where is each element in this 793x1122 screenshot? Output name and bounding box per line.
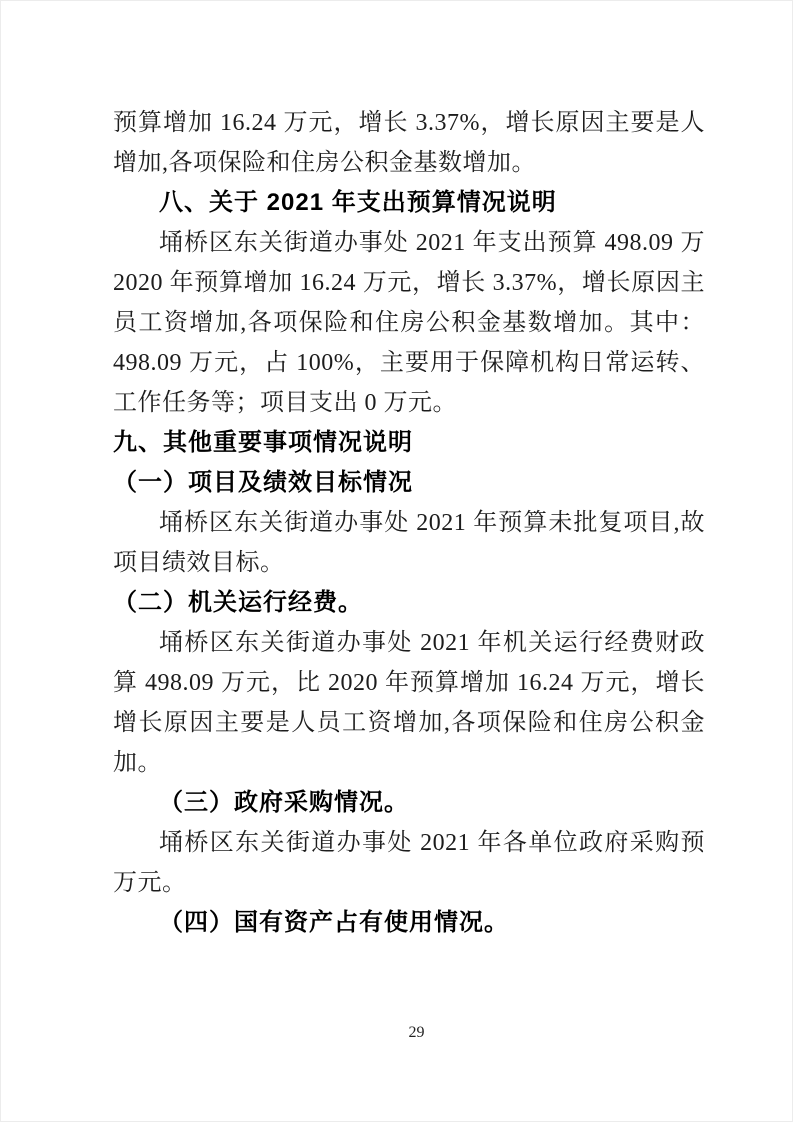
text-line: 工作任务等；项目支出 0 万元。 bbox=[113, 383, 705, 423]
text-line: 预算增加 16.24 万元，增长 3.37%，增长原因主要是人员工资 bbox=[113, 103, 705, 143]
text-line: 埇桥区东关街道办事处 2021 年各单位政府采购预算总额 0 bbox=[113, 823, 705, 863]
heading-line: （四）国有资产占有使用情况。 bbox=[113, 903, 705, 943]
text-line: 埇桥区东关街道办事处 2021 年支出预算 498.09 万元，比 bbox=[113, 223, 705, 263]
text-line: 增长原因主要是人员工资增加,各项保险和住房公积金基数增 bbox=[113, 703, 705, 743]
page-number-footer: 29 bbox=[1, 1023, 792, 1043]
text-line: 加。 bbox=[113, 743, 705, 783]
text-line: 算 498.09 万元，比 2020 年预算增加 16.24 万元，增长 3.3… bbox=[113, 663, 705, 703]
text-line: 员工资增加,各项保险和住房公积金基数增加。其中：基本支出 bbox=[113, 303, 705, 343]
heading-line: 八、关于 2021 年支出预算情况说明 bbox=[113, 183, 705, 223]
heading-line: 九、其他重要事项情况说明 bbox=[113, 423, 705, 463]
text-line: 万元。 bbox=[113, 863, 705, 903]
heading-line: （一）项目及绩效目标情况 bbox=[113, 463, 705, 503]
document-body: 预算增加 16.24 万元，增长 3.37%，增长原因主要是人员工资增加,各项保… bbox=[113, 103, 705, 943]
text-line: 498.09 万元，占 100%，主要用于保障机构日常运转、完成日常 bbox=[113, 343, 705, 383]
heading-line: （三）政府采购情况。 bbox=[113, 783, 705, 823]
text-line: 埇桥区东关街道办事处 2021 年预算未批复项目,故未设置 bbox=[113, 503, 705, 543]
text-line: 2020 年预算增加 16.24 万元，增长 3.37%，增长原因主要是人 bbox=[113, 263, 705, 303]
page-number: 29 bbox=[409, 1023, 425, 1043]
text-line: 埇桥区东关街道办事处 2021 年机关运行经费财政拨款预 bbox=[113, 623, 705, 663]
text-line: 增加,各项保险和住房公积金基数增加。 bbox=[113, 143, 705, 183]
text-line: 项目绩效目标。 bbox=[113, 543, 705, 583]
document-page: 预算增加 16.24 万元，增长 3.37%，增长原因主要是人员工资增加,各项保… bbox=[0, 0, 793, 1122]
heading-line: （二）机关运行经费。 bbox=[113, 583, 705, 623]
